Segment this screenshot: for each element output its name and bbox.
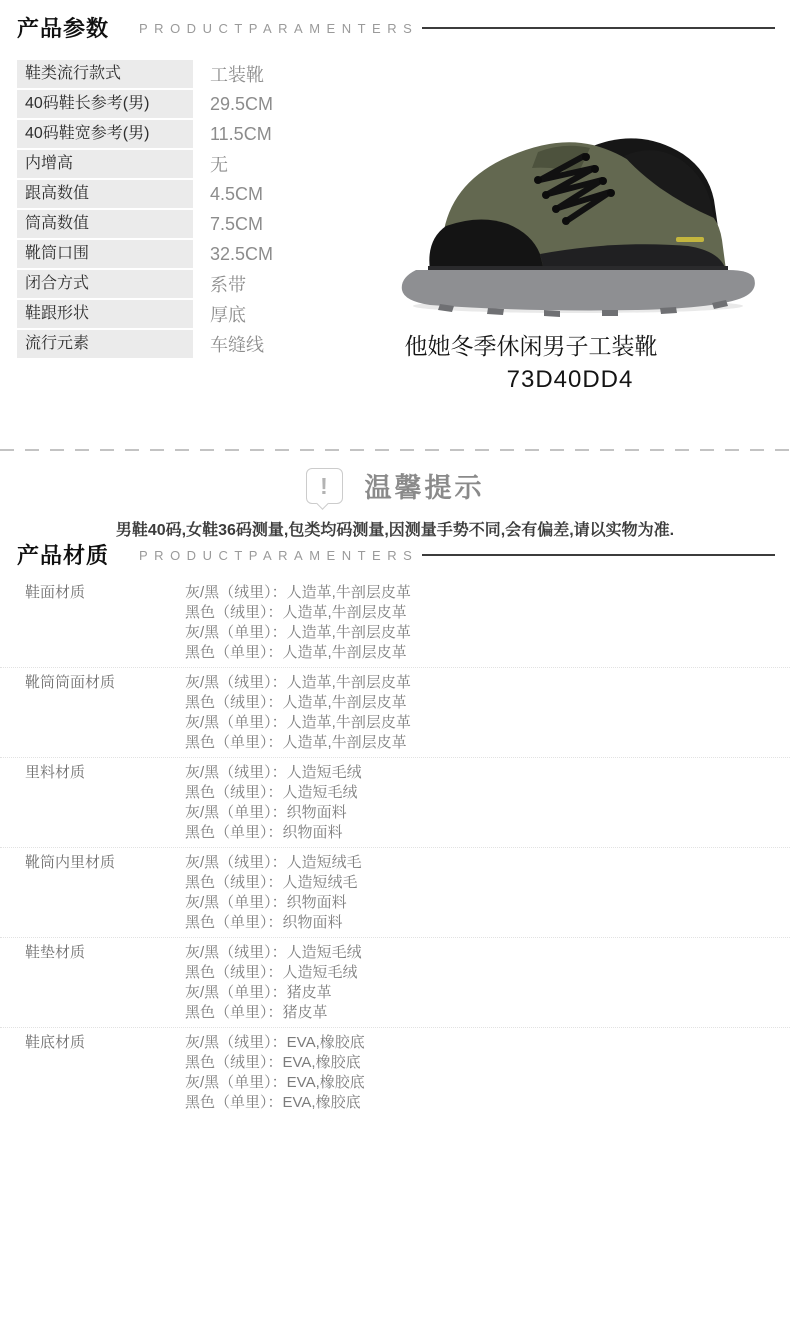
product-photo-boot (388, 120, 778, 320)
material-row: 靴筒内里材质 灰/黑（绒里）：人造短绒毛 黑色（绒里）：人造短绒毛 灰/黑（单里… (0, 848, 790, 938)
material-row: 里料材质 灰/黑（绒里）：人造短毛绒 黑色（绒里）：人造短毛绒 灰/黑（单里）：… (0, 758, 790, 848)
material-value-line: 黑色（绒里）：人造短毛绒 (185, 783, 362, 803)
warm-tips: ! 温馨提示 男鞋40码,女鞋36码测量,包类均码测量,因测量手势不同,会有偏差… (0, 466, 790, 540)
material-label: 靴筒内里材质 (0, 853, 185, 933)
param-row: 内增高 无 (17, 150, 387, 178)
param-label: 靴筒口围 (17, 240, 193, 268)
material-value-line: 黑色（绒里）：人造短绒毛 (185, 873, 362, 893)
param-value: 厚底 (210, 301, 246, 327)
param-row: 筒高数值 7.5CM (17, 210, 387, 238)
warm-tips-header: ! 温馨提示 (0, 466, 790, 505)
section-title: 产品材质 (17, 539, 109, 570)
material-value-line: 灰/黑（绒里）：人造短毛绒 (185, 943, 362, 963)
param-value: 4.5CM (210, 184, 263, 205)
param-value: 系带 (210, 271, 246, 297)
material-label: 靴筒筒面材质 (0, 673, 185, 753)
material-value-line: 灰/黑（单里）：人造革,牛剖层皮革 (185, 623, 411, 643)
material-value-line: 黑色（绒里）：人造革,牛剖层皮革 (185, 603, 411, 623)
material-label: 鞋面材质 (0, 583, 185, 663)
material-value-line: 灰/黑（绒里）：EVA,橡胶底 (185, 1033, 365, 1053)
material-values: 灰/黑（绒里）：人造革,牛剖层皮革 黑色（绒里）：人造革,牛剖层皮革 灰/黑（单… (185, 583, 411, 663)
param-row: 40码鞋长参考(男) 29.5CM (17, 90, 387, 118)
section-header-materials: 产品材质 PRODUCTPARAMENTERS (0, 539, 790, 570)
material-value-line: 黑色（绒里）：人造短毛绒 (185, 963, 362, 983)
param-label: 筒高数值 (17, 210, 193, 238)
material-value-line: 黑色（绒里）：EVA,橡胶底 (185, 1053, 365, 1073)
material-label: 鞋垫材质 (0, 943, 185, 1023)
material-values: 灰/黑（绒里）：人造短绒毛 黑色（绒里）：人造短绒毛 灰/黑（单里）：织物面料 … (185, 853, 362, 933)
material-row: 鞋面材质 灰/黑（绒里）：人造革,牛剖层皮革 黑色（绒里）：人造革,牛剖层皮革 … (0, 578, 790, 668)
material-value-line: 灰/黑（绒里）：人造短毛绒 (185, 763, 362, 783)
section-title: 产品参数 (17, 12, 109, 43)
material-value-line: 黑色（单里）：人造革,牛剖层皮革 (185, 643, 411, 663)
material-row: 鞋垫材质 灰/黑（绒里）：人造短毛绒 黑色（绒里）：人造短毛绒 灰/黑（单里）：… (0, 938, 790, 1028)
section-subtitle: PRODUCTPARAMENTERS (139, 546, 418, 563)
material-row: 靴筒筒面材质 灰/黑（绒里）：人造革,牛剖层皮革 黑色（绒里）：人造革,牛剖层皮… (0, 668, 790, 758)
material-value-line: 黑色（单里）：织物面料 (185, 823, 362, 843)
param-row: 跟高数值 4.5CM (17, 180, 387, 208)
material-value-line: 黑色（单里）：人造革,牛剖层皮革 (185, 733, 411, 753)
param-row: 鞋类流行款式 工装靴 (17, 60, 387, 88)
material-values: 灰/黑（绒里）：人造革,牛剖层皮革 黑色（绒里）：人造革,牛剖层皮革 灰/黑（单… (185, 673, 411, 753)
material-value-line: 黑色（单里）：猪皮革 (185, 1003, 362, 1023)
dashed-divider (0, 449, 790, 451)
material-value-line: 灰/黑（单里）：织物面料 (185, 803, 362, 823)
product-model-code: 73D40DD4 (452, 366, 688, 394)
material-value-line: 黑色（单里）：EVA,橡胶底 (185, 1093, 365, 1113)
material-value-line: 灰/黑（单里）：织物面料 (185, 893, 362, 913)
material-values: 灰/黑（绒里）：EVA,橡胶底 黑色（绒里）：EVA,橡胶底 灰/黑（单里）：E… (185, 1033, 365, 1113)
param-row: 40码鞋宽参考(男) 11.5CM (17, 120, 387, 148)
warm-tips-title: 温馨提示 (365, 466, 485, 505)
param-label: 闭合方式 (17, 270, 193, 298)
param-label: 40码鞋宽参考(男) (17, 120, 193, 148)
section-subtitle: PRODUCTPARAMENTERS (139, 19, 418, 36)
param-row: 闭合方式 系带 (17, 270, 387, 298)
section-header-parameters: 产品参数 PRODUCTPARAMENTERS (0, 12, 790, 43)
material-value-line: 灰/黑（绒里）：人造革,牛剖层皮革 (185, 583, 411, 603)
material-value-line: 灰/黑（绒里）：人造短绒毛 (185, 853, 362, 873)
exclamation-bubble-icon: ! (306, 468, 343, 504)
warm-tips-text: 男鞋40码,女鞋36码测量,包类均码测量,因测量手势不同,会有偏差,请以实物为准… (0, 517, 790, 540)
param-value: 29.5CM (210, 94, 273, 115)
product-parameters-table: 鞋类流行款式 工装靴 40码鞋长参考(男) 29.5CM 40码鞋宽参考(男) … (17, 60, 387, 360)
param-row: 靴筒口围 32.5CM (17, 240, 387, 268)
material-value-line: 灰/黑（绒里）：人造革,牛剖层皮革 (185, 673, 411, 693)
param-value: 车缝线 (210, 331, 264, 357)
param-label: 内增高 (17, 150, 193, 178)
section-rule (422, 27, 775, 29)
material-values: 灰/黑（绒里）：人造短毛绒 黑色（绒里）：人造短毛绒 灰/黑（单里）：织物面料 … (185, 763, 362, 843)
materials-table: 鞋面材质 灰/黑（绒里）：人造革,牛剖层皮革 黑色（绒里）：人造革,牛剖层皮革 … (0, 578, 790, 1117)
param-row: 鞋跟形状 厚底 (17, 300, 387, 328)
param-row: 流行元素 车缝线 (17, 330, 387, 358)
param-value: 32.5CM (210, 244, 273, 265)
material-row: 鞋底材质 灰/黑（绒里）：EVA,橡胶底 黑色（绒里）：EVA,橡胶底 灰/黑（… (0, 1028, 790, 1117)
material-value-line: 黑色（单里）：织物面料 (185, 913, 362, 933)
param-label: 鞋类流行款式 (17, 60, 193, 88)
param-label: 跟高数值 (17, 180, 193, 208)
material-value-line: 灰/黑（单里）：EVA,橡胶底 (185, 1073, 365, 1093)
param-label: 流行元素 (17, 330, 193, 358)
material-label: 鞋底材质 (0, 1033, 185, 1113)
material-label: 里料材质 (0, 763, 185, 843)
param-label: 40码鞋长参考(男) (17, 90, 193, 118)
param-value: 11.5CM (210, 124, 272, 145)
product-name: 他她冬季休闲男子工装靴 (395, 328, 667, 361)
section-rule (422, 554, 775, 556)
material-value-line: 灰/黑（单里）：人造革,牛剖层皮革 (185, 713, 411, 733)
param-value: 无 (210, 151, 228, 177)
material-values: 灰/黑（绒里）：人造短毛绒 黑色（绒里）：人造短毛绒 灰/黑（单里）：猪皮革 黑… (185, 943, 362, 1023)
param-label: 鞋跟形状 (17, 300, 193, 328)
material-value-line: 黑色（绒里）：人造革,牛剖层皮革 (185, 693, 411, 713)
param-value: 7.5CM (210, 214, 263, 235)
param-value: 工装靴 (210, 61, 264, 87)
material-value-line: 灰/黑（单里）：猪皮革 (185, 983, 362, 1003)
